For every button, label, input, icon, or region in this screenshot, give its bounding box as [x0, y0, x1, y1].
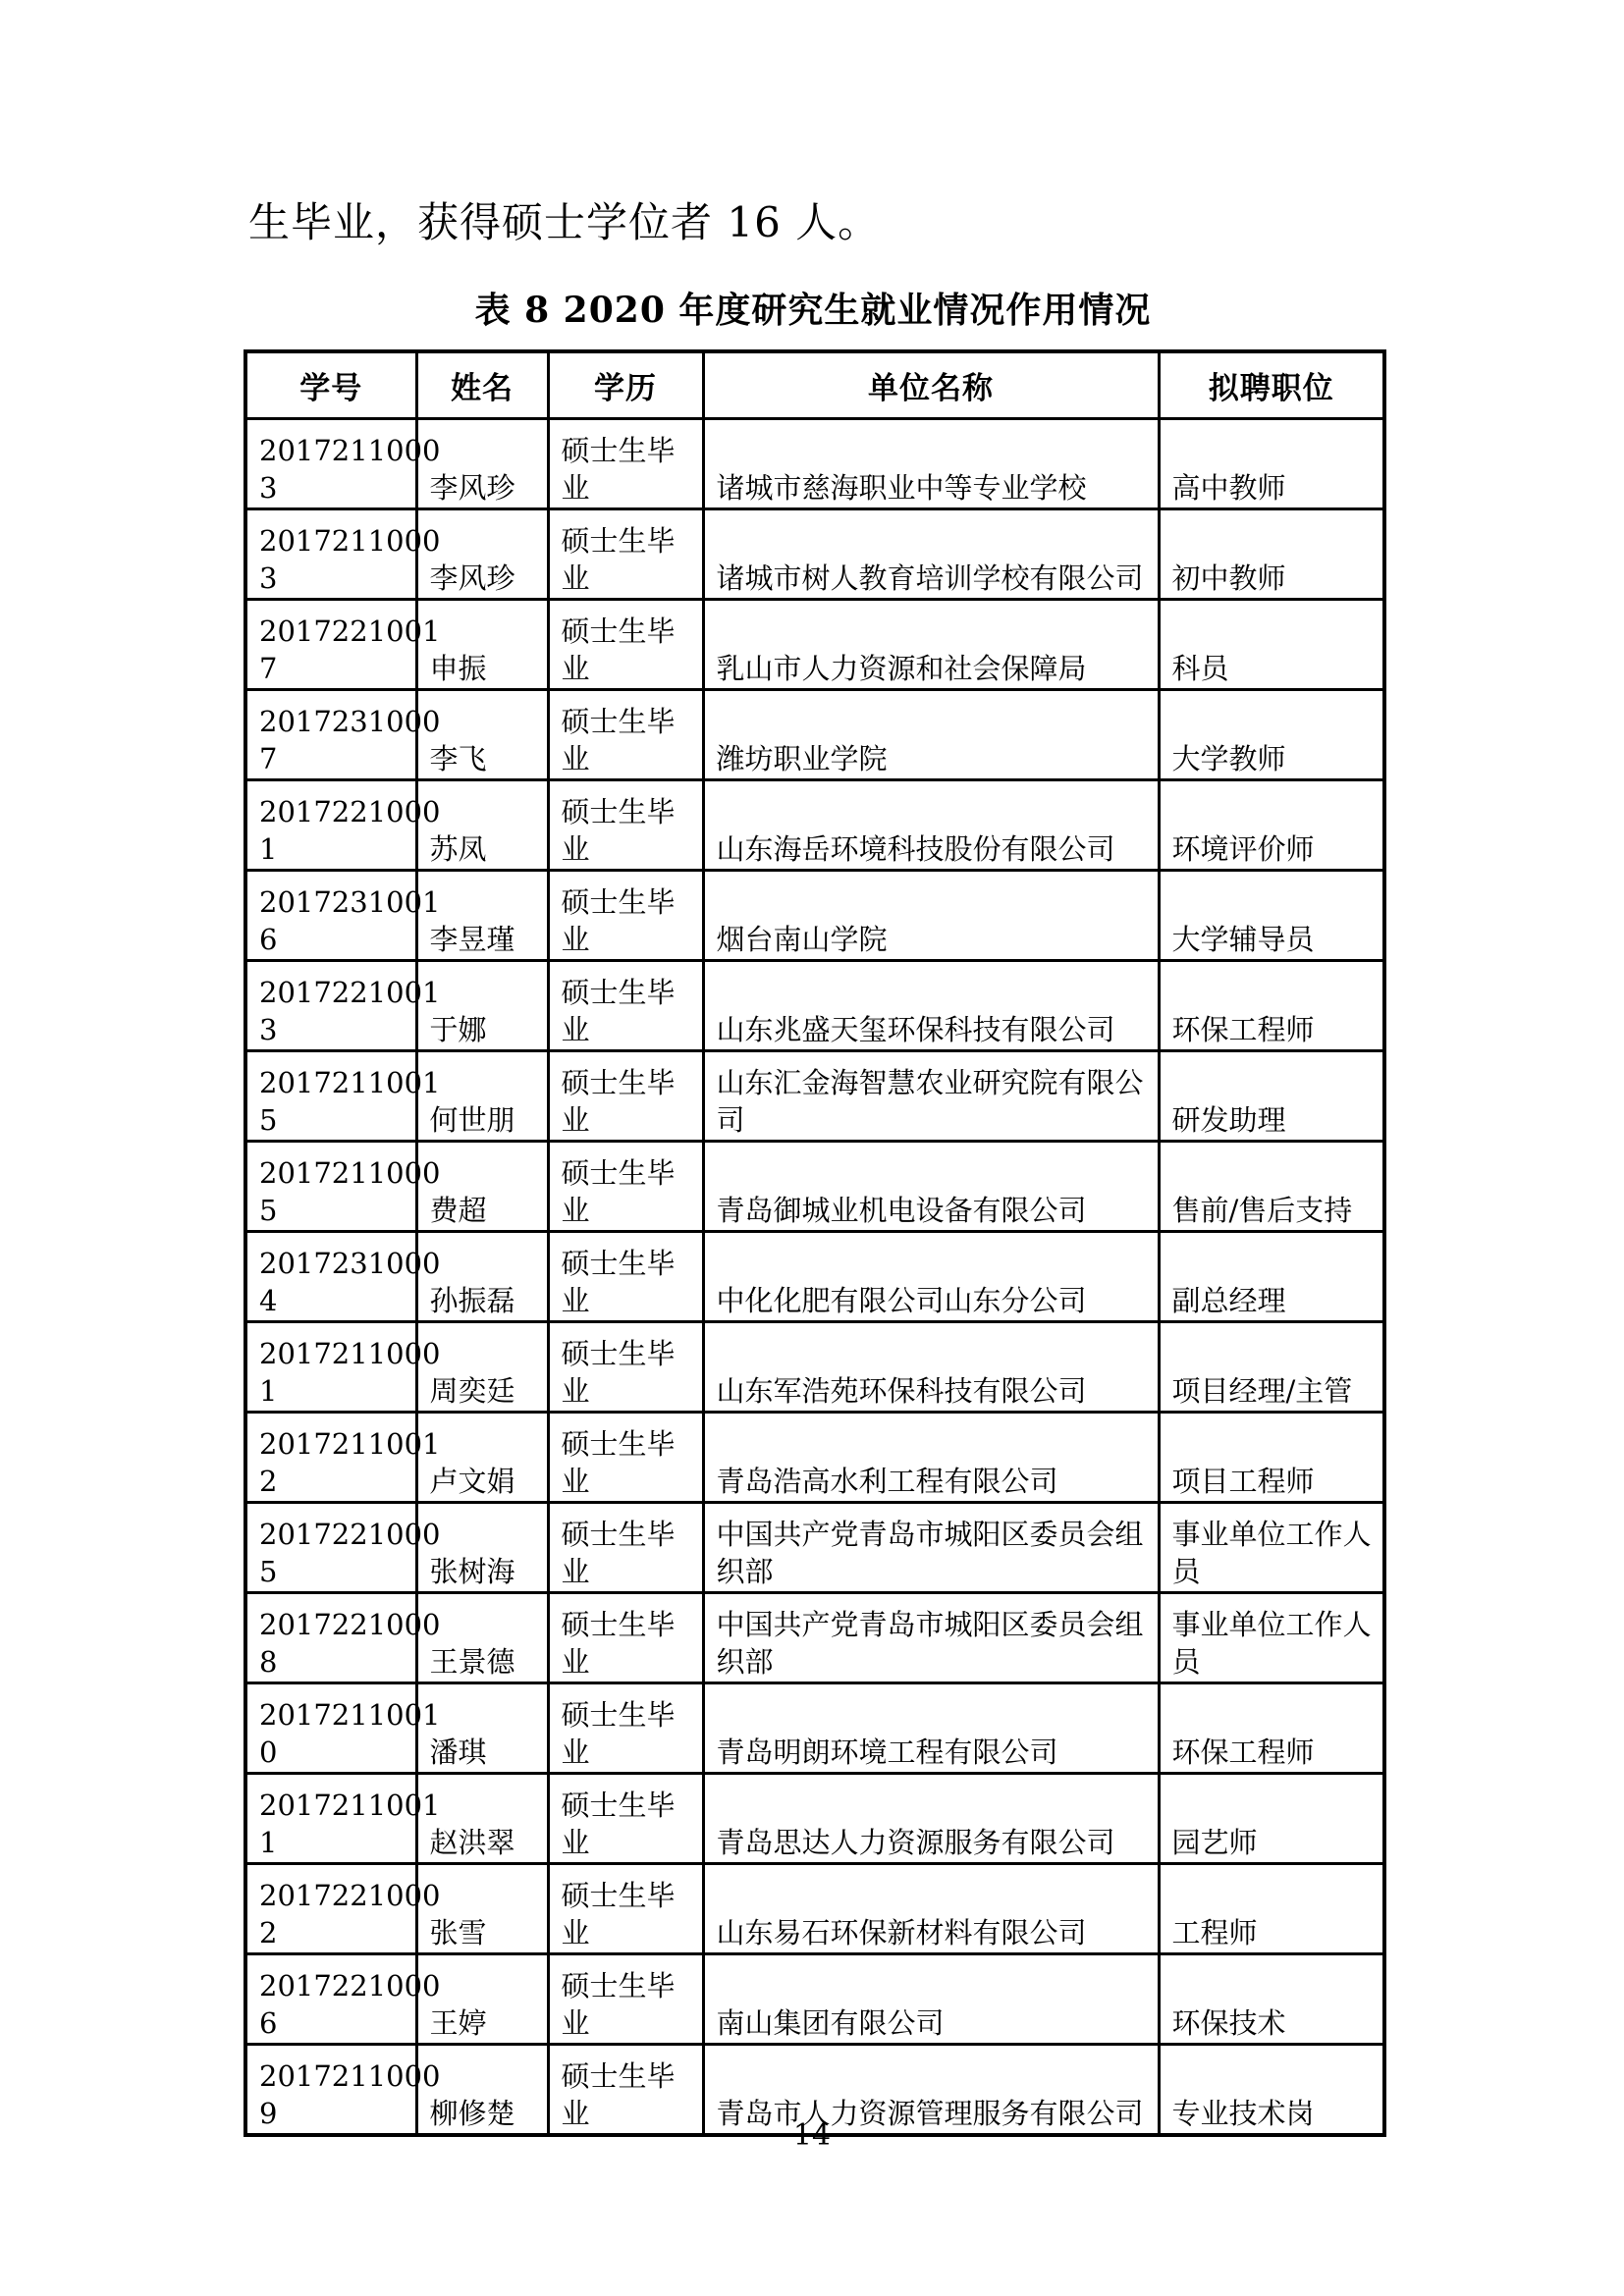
cell-line: 2017211001 [259, 1065, 409, 1102]
cell-line: 副总经理 [1172, 1283, 1378, 1320]
cell-student-id: 2017211000 1 [245, 1321, 416, 1412]
cell-student-id: 2017231001 6 [245, 870, 416, 960]
cell-line: 2017221000 [259, 1517, 409, 1554]
column-header-employer: 单位名称 [703, 351, 1159, 418]
cell-line: 7 [259, 651, 409, 688]
cell-line [1172, 1878, 1378, 1915]
cell-line: 硕士生毕 [562, 704, 696, 741]
cell-line: 山东军浩苑环保科技有限公司 [717, 1373, 1152, 1411]
cell-line: 大学教师 [1172, 741, 1378, 778]
cell-line: 费超 [430, 1193, 541, 1230]
cell-line: 何世朋 [430, 1102, 541, 1140]
cell-line: 业 [562, 1283, 696, 1320]
cell-line: 业 [562, 831, 696, 869]
cell-line: 业 [562, 1735, 696, 1772]
cell-employer: 南山集团有限公司 [703, 1953, 1159, 2044]
cell-line: 织部 [717, 1554, 1152, 1591]
cell-job: 售前/售后支持 [1159, 1141, 1384, 1231]
cell-line: 潘琪 [430, 1735, 541, 1772]
table-row: 2017211000 3 李风珍 硕士生毕 业 诸城市树人教育培训学校有限公司 … [245, 508, 1384, 599]
cell-line: 3 [259, 1012, 409, 1049]
cell-line: 硕士生毕 [562, 523, 696, 561]
document-page: 生毕业，获得硕士学位者 16 人。 表 8 2020 年度研究生就业情况作用情况… [0, 0, 1624, 2296]
cell-job: 项目经理/主管 [1159, 1321, 1384, 1412]
cell-line [430, 2058, 541, 2096]
table-row: 2017211000 3 李风珍 硕士生毕 业 诸城市慈海职业中等专业学校 高中… [245, 418, 1384, 508]
cell-line: 硕士生毕 [562, 1246, 696, 1283]
cell-line: 2017231001 [259, 884, 409, 922]
cell-degree: 硕士生毕 业 [548, 1321, 703, 1412]
cell-line: 项目工程师 [1172, 1464, 1378, 1501]
cell-line [430, 794, 541, 831]
cell-employer: 乳山市人力资源和社会保障局 [703, 599, 1159, 689]
cell-degree: 硕士生毕 业 [548, 1231, 703, 1321]
table-row: 2017221001 7 申振 硕士生毕 业 乳山市人力资源和社会保障局 科员 [245, 599, 1384, 689]
cell-degree: 硕士生毕 业 [548, 1953, 703, 2044]
cell-line [717, 1155, 1152, 1193]
cell-line: 山东兆盛天玺环保科技有限公司 [717, 1012, 1152, 1049]
intro-paragraph: 生毕业，获得硕士学位者 16 人。 [248, 196, 880, 250]
cell-line: 1 [259, 831, 409, 869]
cell-employer: 诸城市树人教育培训学校有限公司 [703, 508, 1159, 599]
cell-line: 卢文娟 [430, 1464, 541, 1501]
cell-line: 青岛思达人力资源服务有限公司 [717, 1825, 1152, 1862]
cell-student-id: 2017211000 5 [245, 1141, 416, 1231]
cell-job: 环保技术 [1159, 1953, 1384, 2044]
cell-line: 诸城市慈海职业中等专业学校 [717, 470, 1152, 507]
cell-job: 环保工程师 [1159, 960, 1384, 1050]
cell-line [1172, 975, 1378, 1012]
cell-line: 硕士生毕 [562, 2058, 696, 2096]
cell-line [1172, 794, 1378, 831]
column-header-name: 姓名 [416, 351, 548, 418]
cell-line: 硕士生毕 [562, 1336, 696, 1373]
cell-line [430, 1246, 541, 1283]
cell-job: 大学辅导员 [1159, 870, 1384, 960]
cell-line: 2017231000 [259, 704, 409, 741]
cell-line [717, 1336, 1152, 1373]
cell-job: 初中教师 [1159, 508, 1384, 599]
cell-line: 2017221000 [259, 1607, 409, 1644]
cell-line [717, 433, 1152, 470]
cell-line: 业 [562, 651, 696, 688]
cell-line [430, 1517, 541, 1554]
cell-line: 业 [562, 2005, 696, 2043]
cell-line [717, 1426, 1152, 1464]
cell-degree: 硕士生毕 业 [548, 689, 703, 779]
cell-line: 2017221000 [259, 1878, 409, 1915]
cell-line: 南山集团有限公司 [717, 2005, 1152, 2043]
cell-employer: 中国共产党青岛市城阳区委员会组 织部 [703, 1502, 1159, 1592]
cell-line: 硕士生毕 [562, 1426, 696, 1464]
cell-line: 织部 [717, 1644, 1152, 1682]
cell-line [717, 523, 1152, 561]
cell-line: 售前/售后支持 [1172, 1193, 1378, 1230]
cell-line: 中国共产党青岛市城阳区委员会组 [717, 1607, 1152, 1644]
cell-line: 6 [259, 922, 409, 959]
cell-line: 0 [259, 1735, 409, 1772]
cell-line: 青岛御城业机电设备有限公司 [717, 1193, 1152, 1230]
cell-line: 工程师 [1172, 1915, 1378, 1952]
cell-line: 业 [562, 1193, 696, 1230]
cell-line: 环境评价师 [1172, 831, 1378, 869]
cell-line [717, 704, 1152, 741]
cell-student-id: 2017211000 3 [245, 508, 416, 599]
cell-line: 园艺师 [1172, 1825, 1378, 1862]
cell-line: 1 [259, 1373, 409, 1411]
cell-employer: 诸城市慈海职业中等专业学校 [703, 418, 1159, 508]
cell-line: 业 [562, 470, 696, 507]
table-row: 2017231001 6 李昱瑾 硕士生毕 业 烟台南山学院 大学辅导员 [245, 870, 1384, 960]
cell-line [1172, 1697, 1378, 1735]
cell-line: 2017221000 [259, 1968, 409, 2005]
cell-line [430, 433, 541, 470]
cell-line: 张雪 [430, 1915, 541, 1952]
cell-employer: 中化化肥有限公司山东分公司 [703, 1231, 1159, 1321]
cell-line: 科员 [1172, 651, 1378, 688]
cell-line [1172, 884, 1378, 922]
table-row: 2017211000 5 费超 硕士生毕 业 青岛御城业机电设备有限公司 售前/… [245, 1141, 1384, 1231]
cell-line [430, 884, 541, 922]
cell-line [717, 1788, 1152, 1825]
cell-employer: 山东海岳环境科技股份有限公司 [703, 779, 1159, 870]
cell-line [430, 1426, 541, 1464]
cell-degree: 硕士生毕 业 [548, 1863, 703, 1953]
cell-degree: 硕士生毕 业 [548, 1773, 703, 1863]
cell-line: 业 [562, 922, 696, 959]
cell-line: 硕士生毕 [562, 1788, 696, 1825]
table-row: 2017211001 1 赵洪翠 硕士生毕 业 青岛思达人力资源服务有限公司 园… [245, 1773, 1384, 1863]
cell-line: 业 [562, 1012, 696, 1049]
cell-student-id: 2017221000 8 [245, 1592, 416, 1682]
cell-degree: 硕士生毕 业 [548, 779, 703, 870]
cell-line: 初中教师 [1172, 561, 1378, 598]
cell-line: 中国共产党青岛市城阳区委员会组 [717, 1517, 1152, 1554]
cell-line [1172, 523, 1378, 561]
cell-line [1172, 1155, 1378, 1193]
cell-line [717, 1968, 1152, 2005]
cell-student-id: 2017211001 0 [245, 1682, 416, 1773]
cell-line: 环保工程师 [1172, 1012, 1378, 1049]
cell-line [430, 1065, 541, 1102]
column-header-degree: 学历 [548, 351, 703, 418]
cell-job: 环保工程师 [1159, 1682, 1384, 1773]
cell-line [430, 523, 541, 561]
cell-line: 硕士生毕 [562, 975, 696, 1012]
cell-student-id: 2017211001 2 [245, 1412, 416, 1502]
cell-line: 2017211000 [259, 2058, 409, 2096]
cell-line: 山东易石环保新材料有限公司 [717, 1915, 1152, 1952]
cell-line: 青岛浩高水利工程有限公司 [717, 1464, 1152, 1501]
cell-line: 青岛明朗环境工程有限公司 [717, 1735, 1152, 1772]
cell-employer: 青岛御城业机电设备有限公司 [703, 1141, 1159, 1231]
cell-student-id: 2017231000 4 [245, 1231, 416, 1321]
cell-line: 业 [562, 1102, 696, 1140]
table-title: 表 8 2020 年度研究生就业情况作用情况 [244, 283, 1382, 333]
cell-line: 2017221000 [259, 794, 409, 831]
cell-line: 事业单位工作人 [1172, 1517, 1378, 1554]
cell-student-id: 2017221001 3 [245, 960, 416, 1050]
cell-degree: 硕士生毕 业 [548, 1050, 703, 1141]
table-row: 2017211000 1 周奕廷 硕士生毕 业 山东军浩苑环保科技有限公司 项目… [245, 1321, 1384, 1412]
cell-line: 8 [259, 1644, 409, 1682]
cell-line: 2017211000 [259, 1155, 409, 1193]
cell-line [1172, 704, 1378, 741]
cell-employer: 中国共产党青岛市城阳区委员会组 织部 [703, 1592, 1159, 1682]
cell-line: 2 [259, 1915, 409, 1952]
cell-line: 3 [259, 470, 409, 507]
cell-line: 硕士生毕 [562, 614, 696, 651]
cell-line [717, 975, 1152, 1012]
cell-student-id: 2017221000 1 [245, 779, 416, 870]
cell-employer: 青岛浩高水利工程有限公司 [703, 1412, 1159, 1502]
cell-line: 2017211001 [259, 1697, 409, 1735]
cell-line [430, 1788, 541, 1825]
cell-line: 苏凤 [430, 831, 541, 869]
cell-line: 孙振磊 [430, 1283, 541, 1320]
cell-line: 2017221001 [259, 614, 409, 651]
cell-line [717, 1246, 1152, 1283]
cell-line: 硕士生毕 [562, 1517, 696, 1554]
cell-line: 业 [562, 1644, 696, 1682]
cell-line [717, 1697, 1152, 1735]
cell-student-id: 2017211000 3 [245, 418, 416, 508]
cell-line: 3 [259, 561, 409, 598]
cell-line: 研发助理 [1172, 1102, 1378, 1140]
cell-line: 烟台南山学院 [717, 922, 1152, 959]
cell-line [717, 884, 1152, 922]
cell-line: 于娜 [430, 1012, 541, 1049]
cell-student-id: 2017211001 1 [245, 1773, 416, 1863]
cell-employer: 青岛思达人力资源服务有限公司 [703, 1773, 1159, 1863]
cell-employer: 山东军浩苑环保科技有限公司 [703, 1321, 1159, 1412]
cell-line: 李飞 [430, 741, 541, 778]
cell-degree: 硕士生毕 业 [548, 1412, 703, 1502]
cell-line: 赵洪翠 [430, 1825, 541, 1862]
table-row: 2017221001 3 于娜 硕士生毕 业 山东兆盛天玺环保科技有限公司 环保… [245, 960, 1384, 1050]
cell-line [430, 704, 541, 741]
cell-line: 7 [259, 741, 409, 778]
cell-line: 潍坊职业学院 [717, 741, 1152, 778]
cell-line: 硕士生毕 [562, 1697, 696, 1735]
cell-line [430, 1336, 541, 1373]
cell-line [430, 1878, 541, 1915]
cell-line: 硕士生毕 [562, 884, 696, 922]
cell-degree: 硕士生毕 业 [548, 1592, 703, 1682]
cell-line: 硕士生毕 [562, 1878, 696, 1915]
cell-student-id: 2017221001 7 [245, 599, 416, 689]
cell-line: 2017211001 [259, 1426, 409, 1464]
cell-line [1172, 1246, 1378, 1283]
cell-employer: 山东兆盛天玺环保科技有限公司 [703, 960, 1159, 1050]
cell-employer: 潍坊职业学院 [703, 689, 1159, 779]
table-row: 2017221000 2 张雪 硕士生毕 业 山东易石环保新材料有限公司 工程师 [245, 1863, 1384, 1953]
cell-line: 业 [562, 1554, 696, 1591]
cell-line: 硕士生毕 [562, 1968, 696, 2005]
cell-line: 王婷 [430, 2005, 541, 2043]
cell-job: 工程师 [1159, 1863, 1384, 1953]
cell-line: 环保工程师 [1172, 1735, 1378, 1772]
cell-degree: 硕士生毕 业 [548, 1682, 703, 1773]
cell-line: 张树海 [430, 1554, 541, 1591]
table-row: 2017211001 2 卢文娟 硕士生毕 业 青岛浩高水利工程有限公司 项目工… [245, 1412, 1384, 1502]
cell-job: 园艺师 [1159, 1773, 1384, 1863]
cell-line [430, 1697, 541, 1735]
cell-line: 2017221001 [259, 975, 409, 1012]
cell-line [1172, 1336, 1378, 1373]
cell-line: 业 [562, 1825, 696, 1862]
cell-line: 员 [1172, 1554, 1378, 1591]
cell-job: 副总经理 [1159, 1231, 1384, 1321]
cell-line: 高中教师 [1172, 470, 1378, 507]
cell-line: 李风珍 [430, 470, 541, 507]
cell-line: 1 [259, 1825, 409, 1862]
cell-job: 高中教师 [1159, 418, 1384, 508]
cell-line: 4 [259, 1283, 409, 1320]
cell-line [1172, 1788, 1378, 1825]
table-row: 2017221000 1 苏凤 硕士生毕 业 山东海岳环境科技股份有限公司 环境… [245, 779, 1384, 870]
cell-employer: 山东易石环保新材料有限公司 [703, 1863, 1159, 1953]
cell-line [430, 1968, 541, 2005]
cell-employer: 山东汇金海智慧农业研究院有限公 司 [703, 1050, 1159, 1141]
table-row: 2017231000 7 李飞 硕士生毕 业 潍坊职业学院 大学教师 [245, 689, 1384, 779]
cell-degree: 硕士生毕 业 [548, 599, 703, 689]
cell-line: 2017211000 [259, 523, 409, 561]
cell-line: 2017211000 [259, 1336, 409, 1373]
cell-line [717, 794, 1152, 831]
column-header-student-id: 学号 [245, 351, 416, 418]
cell-line: 项目经理/主管 [1172, 1373, 1378, 1411]
cell-line: 业 [562, 1464, 696, 1501]
cell-line: 申振 [430, 651, 541, 688]
cell-line: 业 [562, 561, 696, 598]
cell-employer: 烟台南山学院 [703, 870, 1159, 960]
cell-line: 王景德 [430, 1644, 541, 1682]
table-header-row: 学号 姓名 学历 单位名称 拟聘职位 [245, 351, 1384, 418]
cell-line: 6 [259, 2005, 409, 2043]
cell-line: 2017211001 [259, 1788, 409, 1825]
cell-line [430, 1155, 541, 1193]
cell-line: 硕士生毕 [562, 1607, 696, 1644]
cell-line: 中化化肥有限公司山东分公司 [717, 1283, 1152, 1320]
cell-line: 硕士生毕 [562, 433, 696, 470]
cell-job: 项目工程师 [1159, 1412, 1384, 1502]
cell-line: 司 [717, 1102, 1152, 1140]
cell-line [1172, 1065, 1378, 1102]
cell-line: 事业单位工作人 [1172, 1607, 1378, 1644]
table-row: 2017211001 0 潘琪 硕士生毕 业 青岛明朗环境工程有限公司 环保工程… [245, 1682, 1384, 1773]
cell-line: 环保技术 [1172, 2005, 1378, 2043]
cell-degree: 硕士生毕 业 [548, 418, 703, 508]
cell-student-id: 2017221000 5 [245, 1502, 416, 1592]
cell-line: 业 [562, 1373, 696, 1411]
cell-line: 2017231000 [259, 1246, 409, 1283]
cell-degree: 硕士生毕 业 [548, 1502, 703, 1592]
cell-line [430, 1607, 541, 1644]
cell-line [430, 614, 541, 651]
cell-line: 山东海岳环境科技股份有限公司 [717, 831, 1152, 869]
cell-degree: 硕士生毕 业 [548, 960, 703, 1050]
cell-line: 硕士生毕 [562, 1155, 696, 1193]
cell-line: 周奕廷 [430, 1373, 541, 1411]
cell-line [1172, 1968, 1378, 2005]
cell-line: 李风珍 [430, 561, 541, 598]
cell-degree: 硕士生毕 业 [548, 508, 703, 599]
cell-line: 业 [562, 1915, 696, 1952]
cell-student-id: 2017221000 2 [245, 1863, 416, 1953]
cell-line: 员 [1172, 1644, 1378, 1682]
cell-degree: 硕士生毕 业 [548, 1141, 703, 1231]
table-row: 2017211001 5 何世朋 硕士生毕 业 山东汇金海智慧农业研究院有限公 … [245, 1050, 1384, 1141]
cell-line: 硕士生毕 [562, 794, 696, 831]
cell-line [1172, 614, 1378, 651]
cell-line [1172, 433, 1378, 470]
table-row: 2017221000 5 张树海 硕士生毕 业 中国共产党青岛市城阳区委员会组 … [245, 1502, 1384, 1592]
employment-table: 学号 姓名 学历 单位名称 拟聘职位 2017211000 3 李风珍 硕士生毕… [244, 349, 1386, 2137]
page-number: 14 [0, 2118, 1624, 2153]
cell-line: 乳山市人力资源和社会保障局 [717, 651, 1152, 688]
column-header-job: 拟聘职位 [1159, 351, 1384, 418]
cell-job: 环境评价师 [1159, 779, 1384, 870]
cell-line [430, 975, 541, 1012]
cell-line [1172, 2058, 1378, 2096]
cell-line: 李昱瑾 [430, 922, 541, 959]
cell-job: 大学教师 [1159, 689, 1384, 779]
table-row: 2017221000 6 王婷 硕士生毕 业 南山集团有限公司 环保技术 [245, 1953, 1384, 2044]
cell-line: 5 [259, 1554, 409, 1591]
cell-line [717, 614, 1152, 651]
table-row: 2017231000 4 孙振磊 硕士生毕 业 中化化肥有限公司山东分公司 副总… [245, 1231, 1384, 1321]
cell-line: 硕士生毕 [562, 1065, 696, 1102]
cell-line [717, 1878, 1152, 1915]
cell-student-id: 2017211001 5 [245, 1050, 416, 1141]
cell-line: 2017211000 [259, 433, 409, 470]
cell-job: 事业单位工作人 员 [1159, 1592, 1384, 1682]
cell-line: 5 [259, 1193, 409, 1230]
table-row: 2017221000 8 王景德 硕士生毕 业 中国共产党青岛市城阳区委员会组 … [245, 1592, 1384, 1682]
cell-job: 研发助理 [1159, 1050, 1384, 1141]
cell-line: 5 [259, 1102, 409, 1140]
cell-student-id: 2017231000 7 [245, 689, 416, 779]
cell-line: 山东汇金海智慧农业研究院有限公 [717, 1065, 1152, 1102]
cell-student-id: 2017221000 6 [245, 1953, 416, 2044]
cell-line: 2 [259, 1464, 409, 1501]
cell-employer: 青岛明朗环境工程有限公司 [703, 1682, 1159, 1773]
cell-line [717, 2058, 1152, 2096]
cell-job: 科员 [1159, 599, 1384, 689]
cell-line: 业 [562, 741, 696, 778]
cell-line [1172, 1426, 1378, 1464]
cell-job: 事业单位工作人 员 [1159, 1502, 1384, 1592]
cell-line: 大学辅导员 [1172, 922, 1378, 959]
cell-line: 诸城市树人教育培训学校有限公司 [717, 561, 1152, 598]
cell-degree: 硕士生毕 业 [548, 870, 703, 960]
